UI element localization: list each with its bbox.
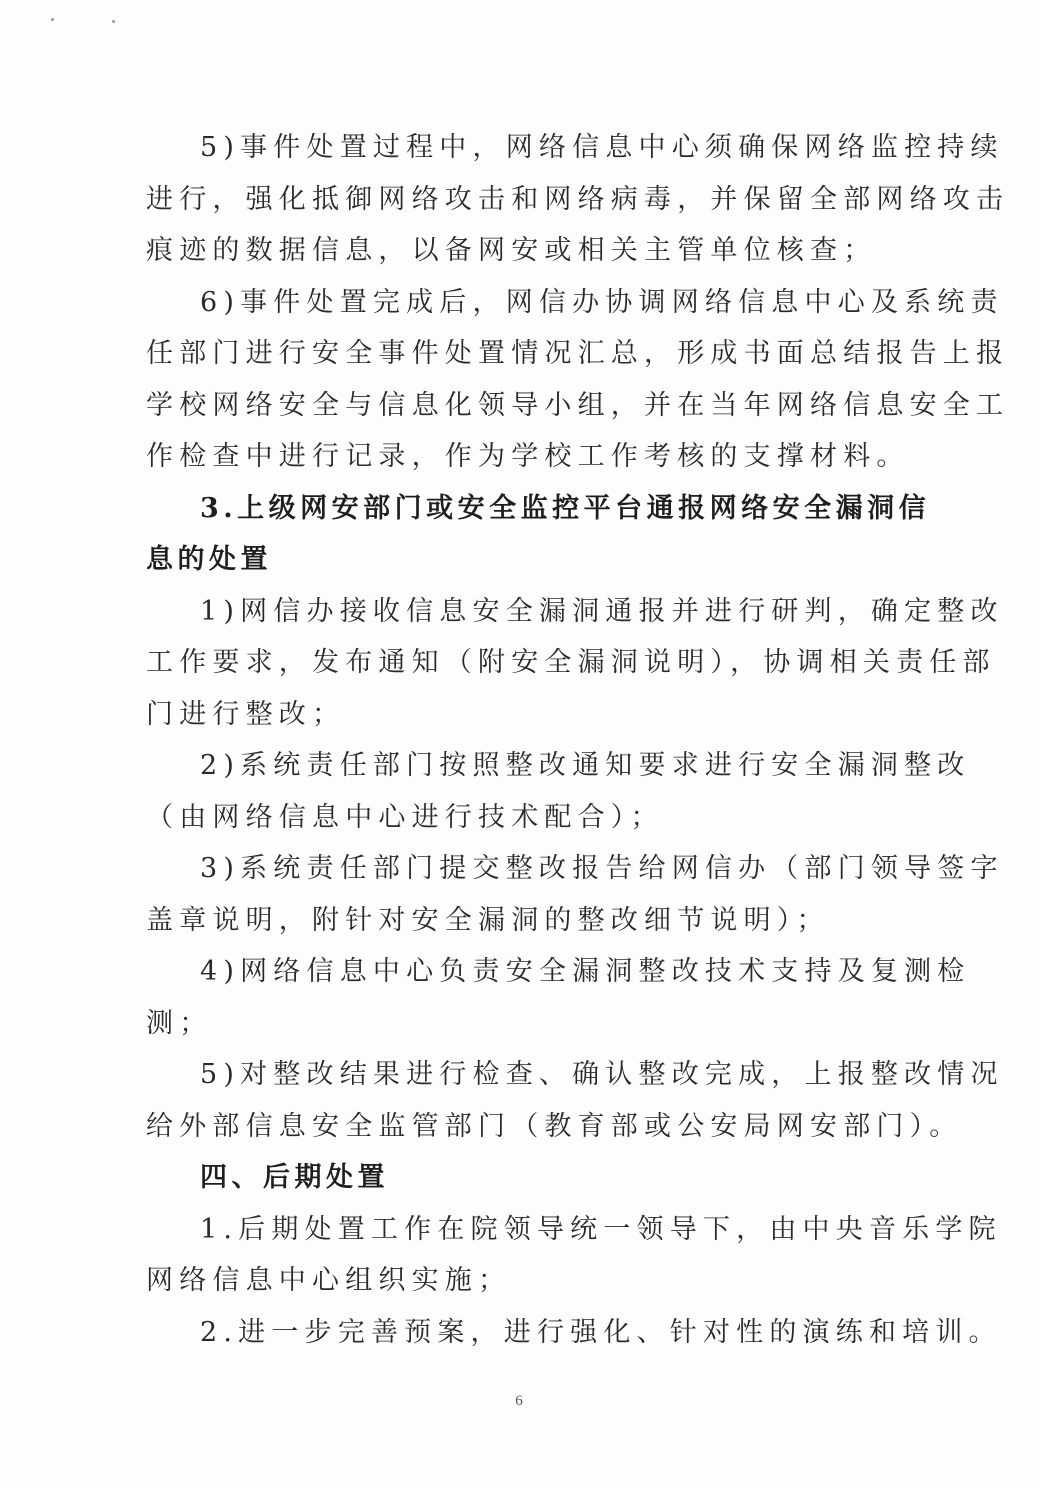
paragraph-line: 6)事件处置完成后，网信办协调网络信息中心及系统责 xyxy=(146,277,896,329)
paragraph-line: 工作要求，发布通知（附安全漏洞说明），协调相关责任部 xyxy=(146,637,896,689)
paragraph-line: 5)对整改结果进行检查、确认整改完成，上报整改情况 xyxy=(146,1049,896,1101)
paragraph-line: 测； xyxy=(146,998,896,1050)
paragraph-line: 任部门进行安全事件处置情况汇总，形成书面总结报告上报 xyxy=(146,328,896,380)
paragraph-line: 5)事件处置过程中，网络信息中心须确保网络监控持续 xyxy=(146,122,896,174)
paragraph-line: 2.进一步完善预案，进行强化、针对性的演练和培训。 xyxy=(146,1307,896,1359)
paragraph-line: 给外部信息安全监管部门（教育部或公安局网安部门）。 xyxy=(146,1101,896,1153)
paragraph-line: （由网络信息中心进行技术配合）； xyxy=(146,792,896,844)
paragraph-line: 2)系统责任部门按照整改通知要求进行安全漏洞整改 xyxy=(146,740,896,792)
section-heading: 3.上级网安部门或安全监控平台通报网络安全漏洞信 xyxy=(146,483,896,535)
paragraph-line: 3)系统责任部门提交整改报告给网信办（部门领导签字 xyxy=(146,843,896,895)
paragraph-line: 学校网络安全与信息化领导小组，并在当年网络信息安全工 xyxy=(146,380,896,432)
paragraph-line: 1.后期处置工作在院领导统一领导下，由中央音乐学院 xyxy=(146,1204,896,1256)
scan-speck xyxy=(51,18,54,21)
paragraph-line: 盖章说明，附针对安全漏洞的整改细节说明）； xyxy=(146,895,896,947)
page-number: 6 xyxy=(0,1393,1038,1410)
document-page: 5)事件处置过程中，网络信息中心须确保网络监控持续 进行，强化抵御网络攻击和网络… xyxy=(146,122,896,1358)
scan-speck xyxy=(112,20,115,23)
paragraph-line: 门进行整改； xyxy=(146,689,896,741)
section-heading: 息的处置 xyxy=(146,534,896,586)
paragraph-line: 网络信息中心组织实施； xyxy=(146,1255,896,1307)
paragraph-line: 进行，强化抵御网络攻击和网络病毒，并保留全部网络攻击 xyxy=(146,174,896,226)
paragraph-line: 4)网络信息中心负责安全漏洞整改技术支持及复测检 xyxy=(146,946,896,998)
paragraph-line: 痕迹的数据信息，以备网安或相关主管单位核查； xyxy=(146,225,896,277)
section-heading: 四、后期处置 xyxy=(146,1152,896,1204)
paragraph-line: 作检查中进行记录，作为学校工作考核的支撑材料。 xyxy=(146,431,896,483)
paragraph-line: 1)网信办接收信息安全漏洞通报并进行研判，确定整改 xyxy=(146,586,896,638)
